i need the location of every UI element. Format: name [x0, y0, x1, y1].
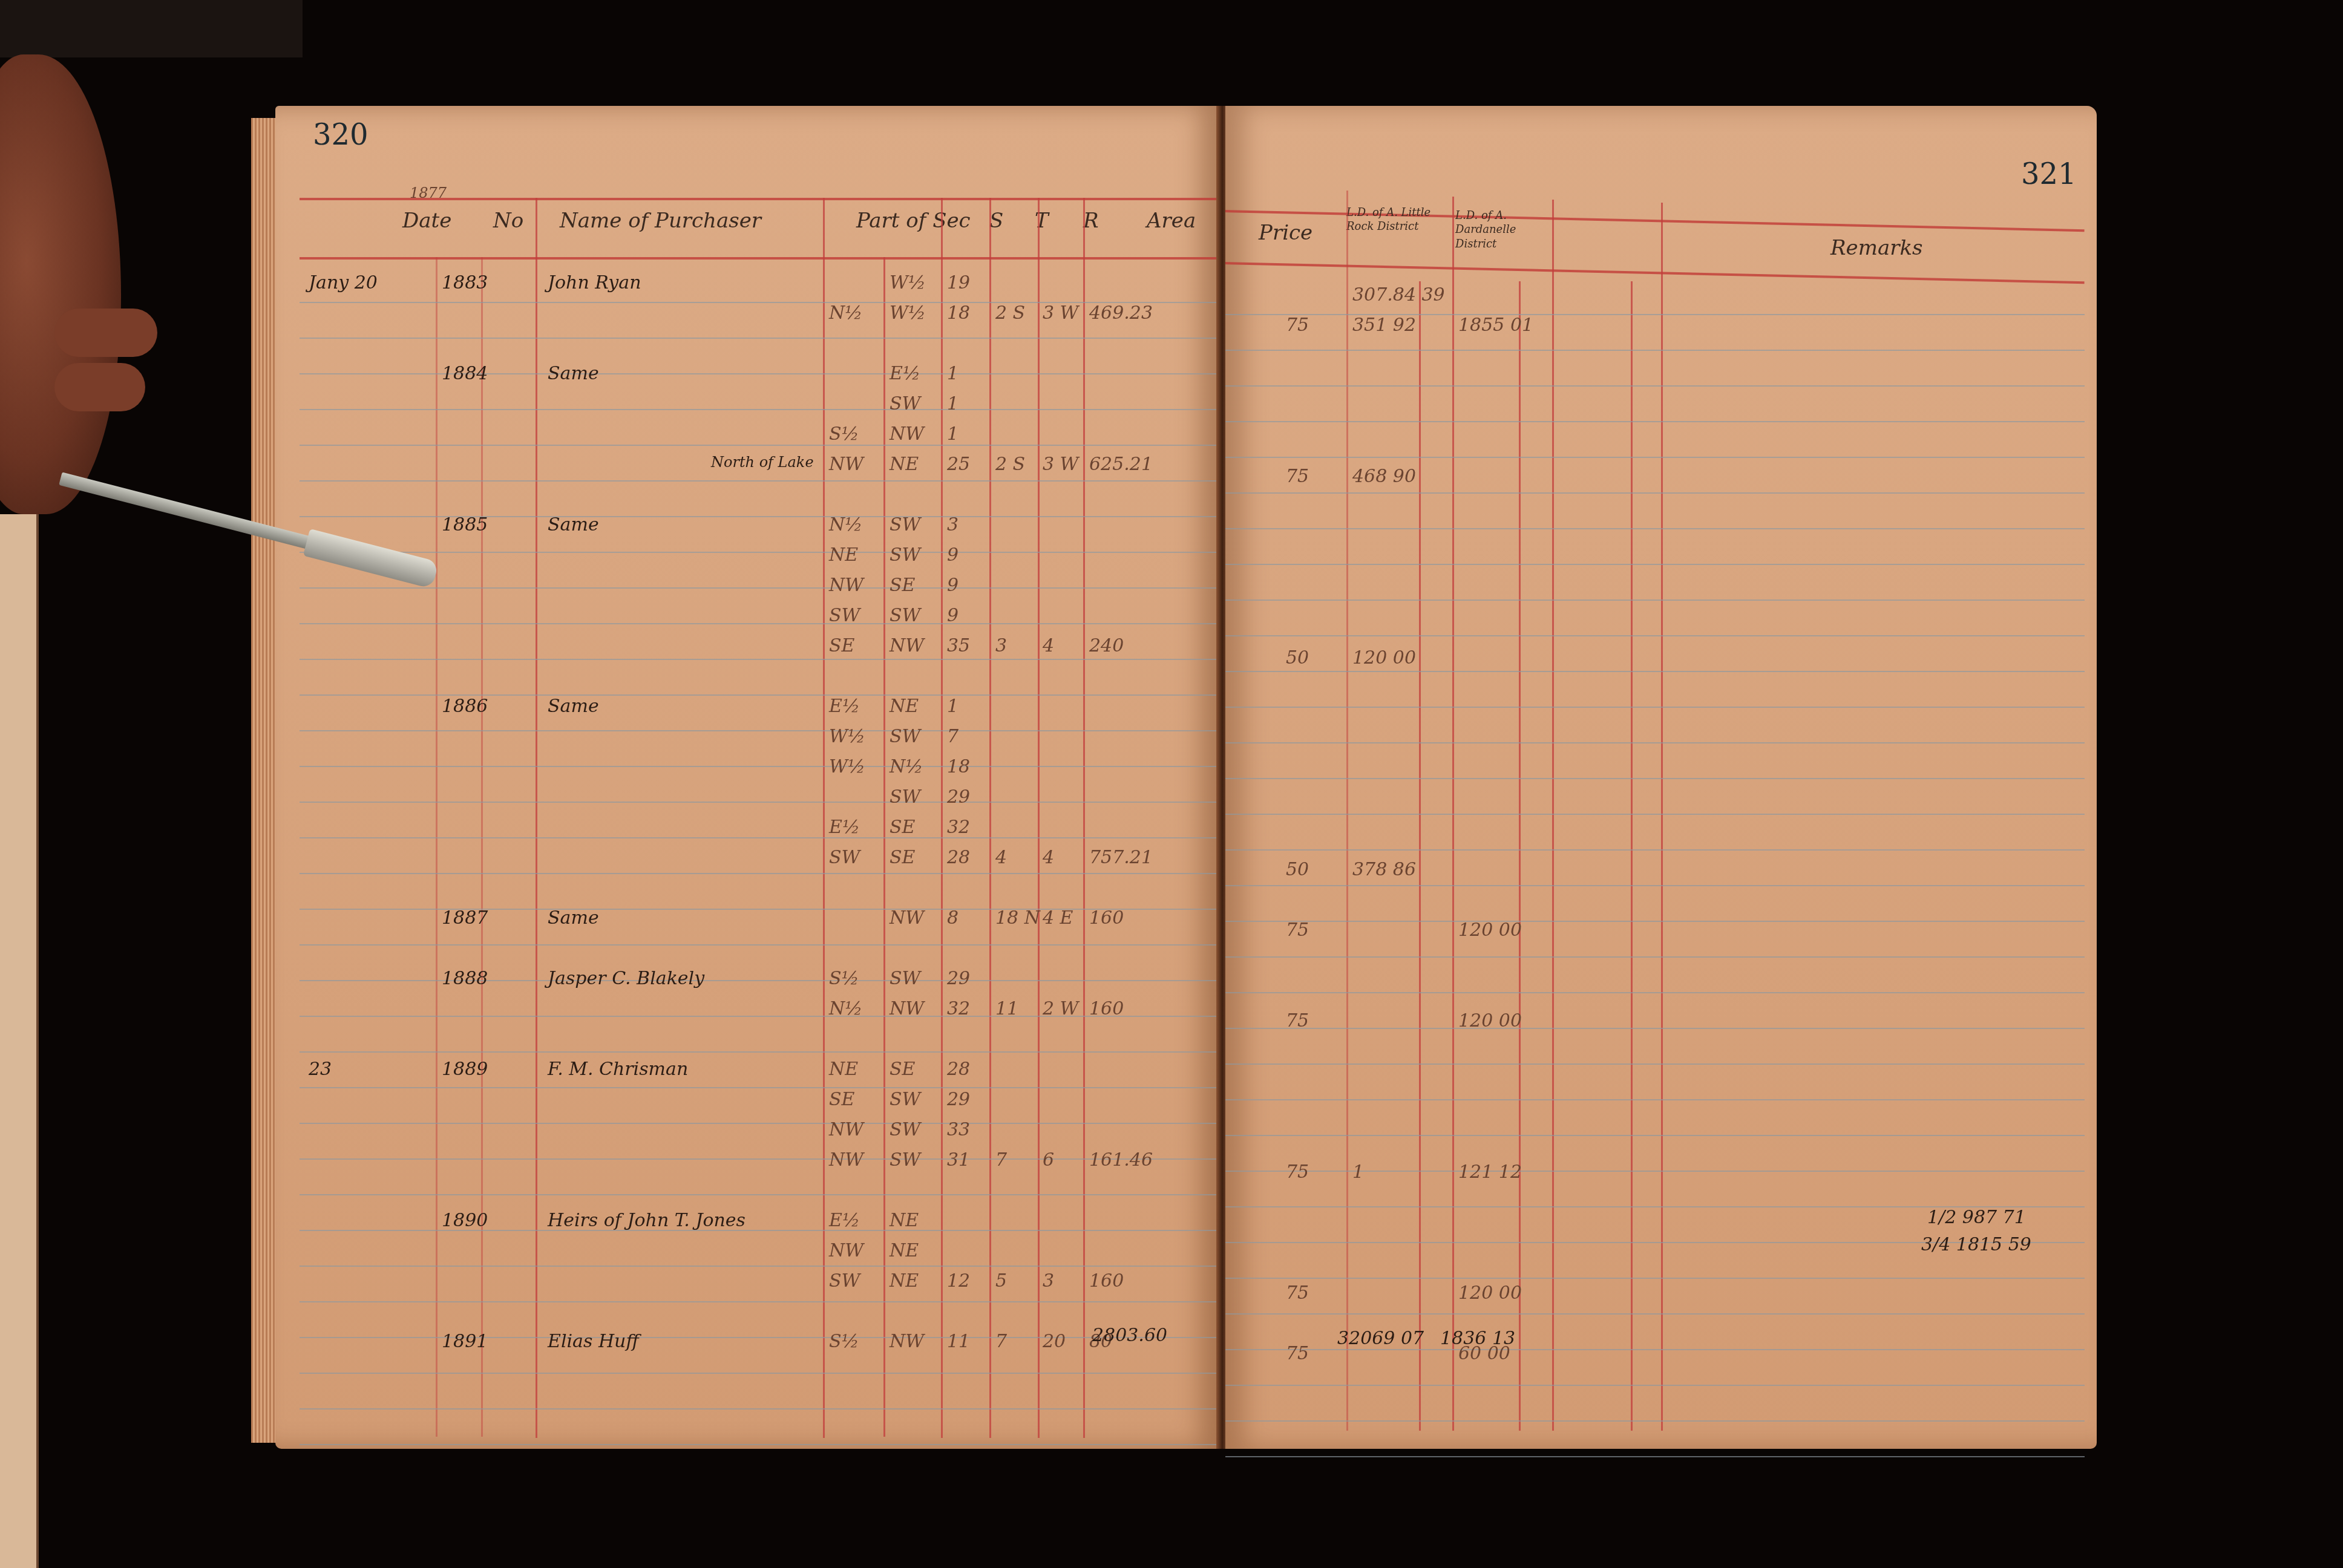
ruled-line [1225, 849, 2085, 851]
cell-price: 50 [1286, 647, 1309, 668]
cell-t: 3 [995, 635, 1007, 656]
cell-subpart: SW [890, 1149, 920, 1171]
ruled-line [300, 1230, 1219, 1231]
ruled-line [1225, 921, 2085, 922]
cell-purchaser: Same [548, 363, 599, 384]
cell-sec: 31 [947, 1149, 970, 1171]
cell-sec: 35 [947, 635, 970, 656]
hand [0, 54, 121, 514]
cell-r: 4 [1043, 847, 1054, 868]
ruled-line [300, 766, 1219, 767]
cell-subpart: W½ [890, 272, 926, 293]
right-page-number: 321 [2021, 157, 2077, 191]
cell-sec: 25 [947, 454, 970, 475]
left-page: 320 1877 Date No Name of Purchaser Part … [275, 106, 1219, 1449]
column-rule [481, 257, 483, 1437]
cell-r: 4 E [1043, 907, 1073, 929]
header-top-rule [300, 198, 1219, 200]
cell-subpart: N½ [890, 756, 923, 777]
cell-purchaser: Heirs of John T. Jones [548, 1210, 745, 1231]
ruled-line [300, 480, 1219, 482]
cell-price: 75 [1286, 1010, 1309, 1031]
cell-purchaser: Same [548, 907, 599, 929]
header-range: R [1083, 209, 1099, 233]
cell-part: E½ [829, 696, 860, 717]
ruled-line [300, 1016, 1219, 1017]
ruled-line [1225, 350, 2085, 351]
cell-t: 7 [995, 1149, 1007, 1171]
ruled-line [300, 445, 1219, 446]
cell-area: 161.46 [1089, 1149, 1153, 1171]
column-rule [989, 198, 991, 1438]
cell-sec: 33 [947, 1119, 970, 1140]
cell-subpart: NE [890, 1270, 919, 1292]
ruled-line [1225, 992, 2085, 993]
cell-sec: 28 [947, 1059, 970, 1080]
cell-sec: 32 [947, 817, 970, 838]
ruled-line [300, 552, 1219, 553]
cell-sec: 32 [947, 998, 970, 1019]
ruled-line [300, 944, 1219, 946]
ruled-line [1225, 1456, 2085, 1457]
ruled-line [1225, 564, 2085, 565]
ruled-line [300, 909, 1219, 910]
finger [54, 363, 145, 411]
cell-sec: 18 [947, 302, 970, 324]
ruled-line [1225, 1385, 2085, 1386]
cell-part: SE [829, 635, 854, 656]
header-price: Price [1259, 221, 1312, 245]
cell-part: NW [829, 575, 863, 596]
ruled-line [1225, 457, 2085, 458]
ruled-line [1225, 1099, 2085, 1100]
cell-no: 1889 [442, 1059, 488, 1080]
cell-t: 5 [995, 1270, 1007, 1292]
ruled-line [300, 802, 1219, 803]
ruled-line [300, 1444, 1219, 1445]
cell-sec: 19 [947, 272, 970, 293]
header-bottom-rule [1225, 262, 2085, 284]
remarks-note-1: 1/2 987 71 [1927, 1207, 2026, 1228]
ruled-line [300, 1408, 1219, 1410]
cell-dardanelle: 120 00 [1458, 920, 1522, 941]
ruled-line [1225, 1420, 2085, 1422]
header-remarks: Remarks [1830, 236, 1923, 260]
cell-subpart: NW [890, 423, 924, 445]
cell-part: NW [829, 1149, 863, 1171]
cell-sec: 8 [947, 907, 958, 929]
cell-r: 3 W [1043, 454, 1078, 475]
ruled-line [1225, 421, 2085, 422]
cell-price: 75 [1286, 1343, 1309, 1364]
remarks-note-2: 3/4 1815 59 [1921, 1234, 2031, 1255]
ruled-line [300, 409, 1219, 410]
ruled-line [1225, 492, 2085, 494]
cell-purchaser: North of Lake [711, 454, 814, 471]
column-rule [436, 257, 437, 1437]
ruled-line [1225, 1135, 2085, 1136]
cell-t: 2 S [995, 454, 1025, 475]
cell-no: 1883 [442, 272, 488, 293]
ruled-line [1225, 1063, 2085, 1065]
little-rock-total: 32069 07 [1337, 1328, 1424, 1349]
cell-subpart: SW [890, 1119, 920, 1140]
cell-purchaser: Elias Huff [548, 1331, 639, 1352]
column-rule [883, 257, 885, 1437]
header-section: S [989, 209, 1003, 233]
ruled-line [300, 694, 1219, 696]
cell-r: 4 [1043, 635, 1054, 656]
ruled-line [1225, 671, 2085, 672]
cell-t: 11 [995, 998, 1018, 1019]
cell-sec: 1 [947, 696, 958, 717]
cell-t: 18 N [995, 907, 1040, 929]
header-part-of-section: Part of Sec [856, 209, 971, 233]
cell-subpart: NE [890, 696, 919, 717]
cell-subpart: NW [890, 998, 924, 1019]
ruled-line [1225, 707, 2085, 708]
cell-sec: 29 [947, 786, 970, 808]
cell-t: 2 S [995, 302, 1025, 324]
cell-purchaser: Jasper C. Blakely [548, 968, 704, 989]
cell-subpart: NE [890, 1240, 919, 1261]
ruled-line [1225, 1349, 2085, 1350]
header-dardanelle-district: L.D. of A. Dardanelle District [1455, 209, 1534, 251]
column-rule [1661, 203, 1663, 1431]
cell-part: NW [829, 1119, 863, 1140]
cell-no: 1890 [442, 1210, 488, 1231]
cell-date: Jany 20 [309, 272, 378, 293]
header-purchaser: Name of Purchaser [560, 209, 761, 233]
cell-purchaser: Same [548, 514, 599, 535]
ruled-line [1225, 778, 2085, 779]
cell-part: S½ [829, 1331, 859, 1352]
dardanelle-total: 1836 13 [1440, 1328, 1515, 1349]
cell-part: SE [829, 1089, 854, 1110]
ruled-line [300, 1373, 1219, 1374]
cell-subpart: NW [890, 907, 924, 929]
ruled-line [1225, 956, 2085, 958]
cell-purchaser: Same [548, 696, 599, 717]
dark-background [0, 0, 303, 57]
cell-subpart: SE [890, 847, 915, 868]
cell-area: 757.21 [1089, 847, 1153, 868]
cell-part: SW [829, 605, 860, 626]
ruled-line [1225, 885, 2085, 886]
header-number: No [493, 209, 523, 233]
cell-no: 1888 [442, 968, 488, 989]
right-page: 321 Price L.D. of A. Little Rock Distric… [1225, 106, 2097, 1449]
column-rule [1419, 281, 1421, 1431]
cell-sec: 29 [947, 968, 970, 989]
ruled-line [300, 659, 1219, 660]
cell-part: SW [829, 1270, 860, 1292]
cell-part: S½ [829, 968, 859, 989]
cell-part: S½ [829, 423, 859, 445]
ruled-line [300, 980, 1219, 981]
finger [54, 309, 157, 357]
cell-subpart: SW [890, 968, 920, 989]
cell-subpart: NE [890, 1210, 919, 1231]
header-township: T [1035, 209, 1049, 233]
ruled-line [300, 302, 1219, 303]
column-rule [941, 198, 943, 1438]
cell-r: 3 [1043, 1270, 1054, 1292]
cell-r: 2 W [1043, 998, 1078, 1019]
ruled-line [300, 1123, 1219, 1124]
column-rule [1346, 191, 1348, 1431]
cell-purchaser: John Ryan [548, 272, 641, 293]
ruled-line [300, 1087, 1219, 1088]
cell-r: 6 [1043, 1149, 1054, 1171]
cell-subpart: SE [890, 1059, 915, 1080]
cell-subpart: SW [890, 786, 920, 808]
ruled-line [300, 516, 1219, 517]
cell-price: 75 [1286, 466, 1309, 487]
cell-no: 1884 [442, 363, 488, 384]
cell-dardanelle: 120 00 [1458, 1282, 1522, 1304]
header-little-rock-district: L.D. of A. Little Rock District [1346, 206, 1437, 234]
cell-subpart: NE [890, 454, 919, 475]
column-rule [1631, 281, 1633, 1431]
cell-no: 1886 [442, 696, 488, 717]
cell-dardanelle: 1855 01 [1458, 315, 1533, 336]
cell-part: N½ [829, 998, 862, 1019]
cell-subpart: NW [890, 635, 924, 656]
cell-little-rock: 120 00 [1352, 647, 1416, 668]
cell-part: SW [829, 847, 860, 868]
cell-subpart: SW [890, 726, 920, 747]
cell-price: 75 [1286, 315, 1309, 336]
ruled-line [1225, 1278, 2085, 1279]
ruled-line [300, 1337, 1219, 1338]
cell-sec: 1 [947, 393, 958, 414]
cell-part: W½ [829, 756, 865, 777]
cell-sec: 9 [947, 605, 958, 626]
cell-part: NW [829, 454, 863, 475]
cell-area: 160 [1089, 1270, 1124, 1292]
cell-subpart: SW [890, 544, 920, 566]
cell-no: 1885 [442, 514, 488, 535]
adjacent-book-pages [0, 514, 39, 1568]
header-area: Area [1147, 209, 1196, 233]
cell-purchaser: F. M. Chrisman [548, 1059, 688, 1080]
ledger-book: 320 1877 Date No Name of Purchaser Part … [275, 106, 2097, 1449]
ruled-line [1225, 599, 2085, 601]
cell-part: E½ [829, 1210, 860, 1231]
cell-sec: 9 [947, 544, 958, 566]
cell-little-rock: 1 [1352, 1161, 1364, 1183]
cell-area: 160 [1089, 907, 1124, 929]
ruled-line [300, 1194, 1219, 1195]
cell-subpart: SW [890, 605, 920, 626]
cell-subpart: NW [890, 1331, 924, 1352]
cell-subpart: SW [890, 514, 920, 535]
ruled-line [300, 730, 1219, 731]
ruled-line [300, 1266, 1219, 1267]
ruled-line [300, 873, 1219, 874]
cell-r: 3 W [1043, 302, 1078, 324]
header-bottom-rule [300, 257, 1219, 260]
ruled-line [300, 1158, 1219, 1160]
cell-subpart: SW [890, 393, 920, 414]
cell-sec: 28 [947, 847, 970, 868]
ruled-line [300, 587, 1219, 589]
cell-price: 75 [1286, 1161, 1309, 1183]
cell-sec: 29 [947, 1089, 970, 1110]
ruled-line [1225, 1028, 2085, 1029]
left-page-number: 320 [313, 118, 369, 152]
ruled-line [1225, 635, 2085, 636]
cell-r: 20 [1043, 1331, 1066, 1352]
cell-little-rock: 351 92 [1352, 315, 1416, 336]
cell-sec: 12 [947, 1270, 970, 1292]
cell-little-rock: 378 86 [1352, 859, 1416, 880]
cell-part: N½ [829, 302, 862, 324]
cell-area: 469.23 [1089, 302, 1153, 324]
ruled-line [1225, 1313, 2085, 1315]
cell-subpart: SW [890, 1089, 920, 1110]
cell-no: 1887 [442, 907, 488, 929]
ruled-line [300, 338, 1219, 339]
cell-dardanelle: 120 00 [1458, 1010, 1522, 1031]
header-date: Date [402, 209, 451, 233]
cell-part: W½ [829, 726, 865, 747]
cell-price: 50 [1286, 859, 1309, 880]
ruled-line [1225, 742, 2085, 743]
cell-price: 75 [1286, 1282, 1309, 1304]
cell-sec: 11 [947, 1331, 970, 1352]
column-rule [1519, 281, 1521, 1431]
cell-sec: 9 [947, 575, 958, 596]
cell-part: NE [829, 1059, 858, 1080]
cell-date: 23 [309, 1059, 332, 1080]
cell-sec: 1 [947, 363, 958, 384]
cell-part: E½ [829, 817, 860, 838]
column-rule [823, 198, 825, 1438]
ruled-line [1225, 528, 2085, 529]
column-rule [1038, 198, 1040, 1438]
cell-sec: 7 [947, 726, 958, 747]
ruled-line [300, 837, 1219, 838]
ruled-line [1225, 814, 2085, 815]
column-rule [536, 198, 537, 1438]
cell-t: 7 [995, 1331, 1007, 1352]
cell-price: 75 [1286, 920, 1309, 941]
cell-sec: 3 [947, 514, 958, 535]
cell-area: 160 [1089, 998, 1124, 1019]
ruled-line [300, 1301, 1219, 1302]
cell-subpart: SE [890, 817, 915, 838]
cell-sec: 18 [947, 756, 970, 777]
cell-t: 4 [995, 847, 1007, 868]
column-rule [1083, 198, 1085, 1438]
cell-sec: 1 [947, 423, 958, 445]
ruled-line [300, 373, 1219, 374]
cell-no: 1891 [442, 1331, 488, 1352]
area-total: 2803.60 [1092, 1325, 1167, 1346]
cell-little-rock: 468 90 [1352, 466, 1416, 487]
ruled-line [300, 623, 1219, 624]
cell-subpart: E½ [890, 363, 920, 384]
cell-part: N½ [829, 514, 862, 535]
column-rule [1552, 200, 1554, 1431]
cell-part: NE [829, 544, 858, 566]
cell-part: NW [829, 1240, 863, 1261]
cell-area: 625.21 [1089, 454, 1153, 475]
cell-dardanelle: 121 12 [1458, 1161, 1522, 1183]
cell-subpart: W½ [890, 302, 926, 324]
cell-subpart: SE [890, 575, 915, 596]
ruled-line [300, 1051, 1219, 1053]
cell-little-rock: 307.84 39 [1352, 284, 1445, 305]
ruled-line [1225, 385, 2085, 387]
cell-area: 240 [1089, 635, 1124, 656]
